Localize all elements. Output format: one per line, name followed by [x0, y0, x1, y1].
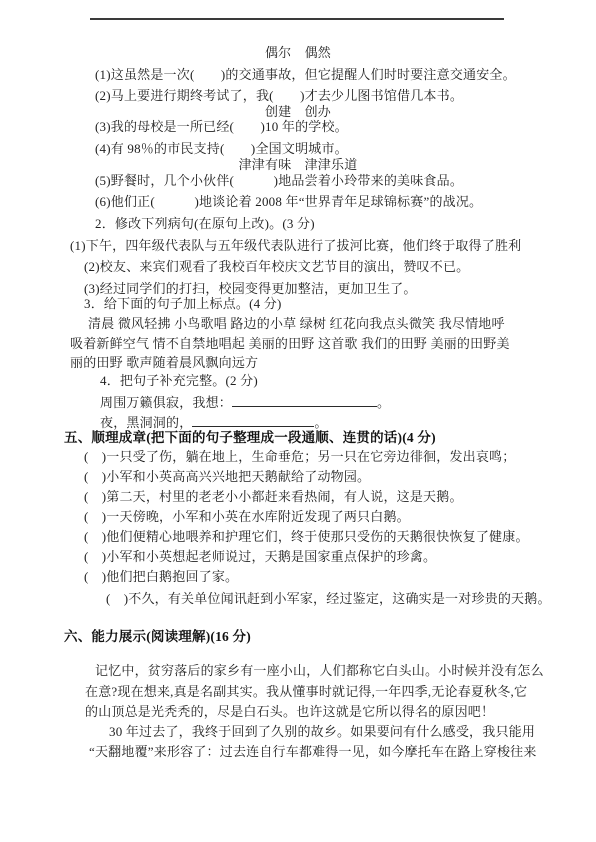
word-bank-pair: 偶尔 偶然	[0, 45, 596, 61]
punctuation-text-line: 清晨 微风轻拂 小鸟歌唱 路边的小草 绿树 红花向我点头微笑 我尽情地呼	[88, 316, 505, 332]
ordering-item: ( )他们便精心地喂养和护理它们，终于使那只受伤的天鹅很快恢复了健康。	[84, 529, 529, 545]
exam-paper-page: 偶尔 偶然 (1)这虽然是一次( )的交通事故，但它提醒人们时时要注意交通安全。…	[0, 0, 596, 842]
fill-blank-item: (5)野餐时，几个小伙伴( )地品尝着小玲带来的美味食品。	[95, 173, 463, 189]
sentence-text: 夜，黑洞洞的，	[100, 415, 192, 430]
fill-blank-item: (2)马上要进行期终考试了，我( )才去少儿图书馆借几本书。	[95, 88, 463, 104]
passage-line: 30 年过去了，我终于回到了久别的故乡。如果要问有什么感受，我只能用	[109, 724, 535, 740]
ordering-item: ( )小军和小英高高兴兴地把天鹅献给了动物园。	[84, 469, 370, 485]
answer-blank-line	[192, 413, 314, 427]
passage-line: 记忆中，贫穷落后的家乡有一座小山，人们都称它白头山。小时候并没有怎么	[95, 663, 544, 679]
section-title: 五、顺理成章(把下面的句子整理成一段通顺、连贯的话)(4 分)	[64, 430, 436, 446]
sentence-text: 周围万籁俱寂，我想：	[100, 395, 232, 410]
fill-blank-item: (6)他们正( )地谈论着 2008 年“世界青年足球锦标赛”的战况。	[95, 194, 482, 210]
ordering-item: ( )不久，有关单位闻讯赶到小军家，经过鉴定，这确实是一对珍贵的天鹅。	[106, 591, 551, 607]
sentence-to-fix: (3)经过同学们的打扫，校园变得更加整洁，更加卫生了。	[84, 281, 417, 297]
sentence-period: 。	[377, 395, 390, 410]
fill-blank-item: (1)这虽然是一次( )的交通事故，但它提醒人们时时要注意交通安全。	[95, 67, 516, 83]
passage-line: 的山顶总是光秃秃的，尽是白石头。也许这就是它所以得名的原因吧！	[85, 704, 494, 720]
ordering-item: ( )一只受了伤，躺在地上，生命垂危；另一只在它旁边徘徊，发出哀鸣；	[84, 449, 515, 465]
ordering-item: ( )一天傍晚，小军和小英在水库附近发现了两只白鹅。	[84, 509, 410, 525]
ordering-item: ( )小军和小英想起老师说过，天鹅是国家重点保护的珍禽。	[84, 549, 436, 565]
fill-in-sentence: 周围万籁俱寂，我想：。	[100, 393, 390, 411]
question-title: 4．把句子补充完整。(2 分)	[100, 373, 258, 389]
passage-line: 在意?现在想来,真是名副其实。我从懂事时就记得,一年四季,无论春夏秋冬,它	[85, 684, 527, 700]
word-bank-pair: 津津有味 津津乐道	[0, 157, 596, 173]
sentence-to-fix: (2)校友、来宾们观看了我校百年校庆文艺节目的演出，赞叹不已。	[84, 259, 469, 275]
question-title: 2．修改下列病句(在原句上改)。(3 分)	[95, 216, 315, 232]
question-title: 3．给下面的句子加上标点。(4 分)	[84, 296, 282, 312]
punctuation-text-line: 丽的田野 歌声随着晨风飘向远方	[70, 355, 258, 371]
sentence-to-fix: (1)下午，四年级代表队与五年级代表队进行了拔河比赛，他们终于取得了胜利	[70, 238, 521, 254]
fill-blank-item: (4)有 98％的市民支持( )全国文明城市。	[95, 141, 348, 157]
fill-in-sentence: 夜，黑洞洞的，。	[100, 413, 328, 431]
passage-line: “天翻地覆”来形容了：过去连自行车都难得一见，如今摩托车在路上穿梭往来	[89, 744, 537, 760]
word-bank-pair: 创建 创办	[0, 104, 596, 120]
answer-blank-line	[232, 393, 377, 407]
sentence-period: 。	[314, 415, 327, 430]
fill-blank-item: (3)我的母校是一所已经( )10 年的学校。	[95, 119, 348, 135]
section-title: 六、能力展示(阅读理解)(16 分)	[64, 629, 251, 645]
ordering-item: ( )他们把白鹅抱回了家。	[84, 569, 238, 585]
punctuation-text-line: 吸着新鲜空气 情不自禁地唱起 美丽的田野 这首歌 我们的田野 美丽的田野美	[70, 336, 510, 352]
header-rule	[90, 18, 504, 20]
ordering-item: ( )第二天，村里的老老小小都赶来看热闹，有人说，这是天鹅。	[84, 489, 463, 505]
